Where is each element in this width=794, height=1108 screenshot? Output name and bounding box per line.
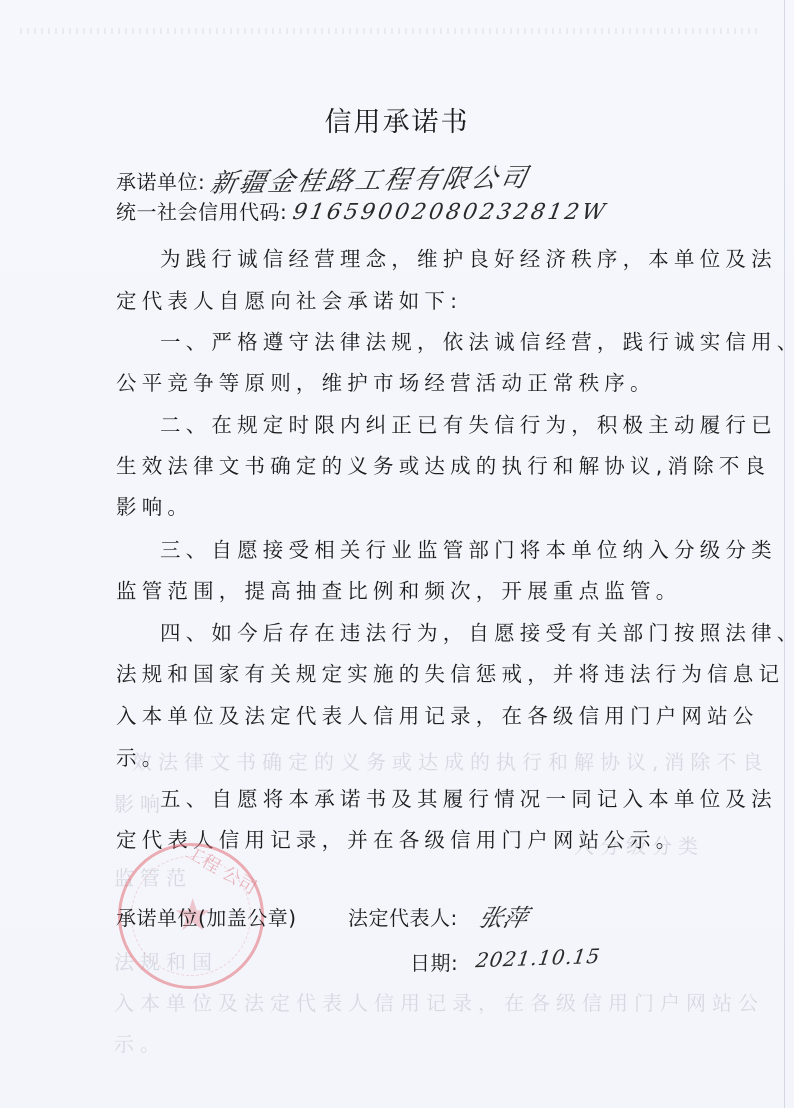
- document-page: 效法律文书确定的义务或达成的执行和解协议,消除不良 影响 入分级分类 监管范 法…: [0, 0, 794, 1108]
- paragraph-item-2-line: 二、在规定时限内纠正已有失信行为，积极主动履行已: [116, 408, 676, 438]
- ghost-text: 入本单位及法定代表人信用记录，在各级信用门户网站公: [114, 987, 764, 1016]
- scan-edge-line: [784, 0, 785, 1108]
- unit-seal-label: 承诺单位(加盖公章): [116, 902, 297, 931]
- paragraph-item-3-line: 三、自愿接受相关行业监管部门将本单位纳入分级分类: [116, 533, 676, 563]
- date-label: 日期:: [410, 947, 458, 976]
- credit-code-label: 统一社会信用代码:: [116, 196, 287, 225]
- paragraph-item-1-line: 公平竞争等原则，维护市场经营活动正常秩序。: [116, 366, 676, 396]
- unit-label: 承诺单位:: [116, 166, 205, 195]
- paragraph-intro-line: 为践行诚信经营理念，维护良好经济秩序，本单位及法: [116, 242, 676, 272]
- paragraph-item-2-line: 影响。: [116, 490, 676, 520]
- document-title: 信用承诺书: [0, 100, 794, 139]
- unit-handwritten-value: 新疆金桂路工程有限公司: [208, 157, 534, 200]
- paragraph-item-2-line: 生效法律文书确定的义务或达成的执行和解协议,消除不良: [116, 449, 676, 479]
- ghost-text: 监管范: [114, 862, 192, 891]
- unit-field: 承诺单位: 新疆金桂路工程有限公司: [116, 160, 530, 197]
- paragraph-item-4-line: 入本单位及法定代表人信用记录，在各级信用门户网站公: [116, 699, 676, 729]
- paragraph-item-4-line: 示。: [116, 741, 676, 771]
- paragraph-intro-line: 定代表人自愿向社会承诺如下:: [116, 284, 676, 314]
- credit-code-field: 统一社会信用代码: 91659002080232812W: [116, 196, 608, 225]
- paragraph-item-4-line: 四、如今后存在违法行为，自愿接受有关部门按照法律、: [116, 616, 676, 646]
- paragraph-item-4-line: 法规和国家有关规定实施的失信惩戒，并将违法行为信息记: [116, 657, 676, 687]
- legal-rep-label: 法定代表人:: [348, 902, 458, 931]
- paragraph-item-5-line: 定代表人信用记录，并在各级信用门户网站公示。: [116, 823, 676, 853]
- ghost-text: 示。: [114, 1028, 166, 1057]
- date-handwritten: 2021.10.15: [474, 944, 602, 972]
- scan-noise: [20, 28, 760, 34]
- paragraph-item-1-line: 一、严格遵守法律法规，依法诚信经营，践行诚实信用、: [116, 325, 676, 355]
- legal-rep-signature: 张萍: [476, 898, 533, 933]
- paragraph-item-3-line: 监管范围，提高抽查比例和频次，开展重点监管。: [116, 574, 676, 604]
- credit-code-handwritten-value: 91659002080232812W: [291, 200, 610, 225]
- paragraph-item-5-line: 五、自愿将本承诺书及其履行情况一同记入本单位及法: [116, 782, 676, 812]
- ghost-text: 法规和国: [114, 946, 218, 975]
